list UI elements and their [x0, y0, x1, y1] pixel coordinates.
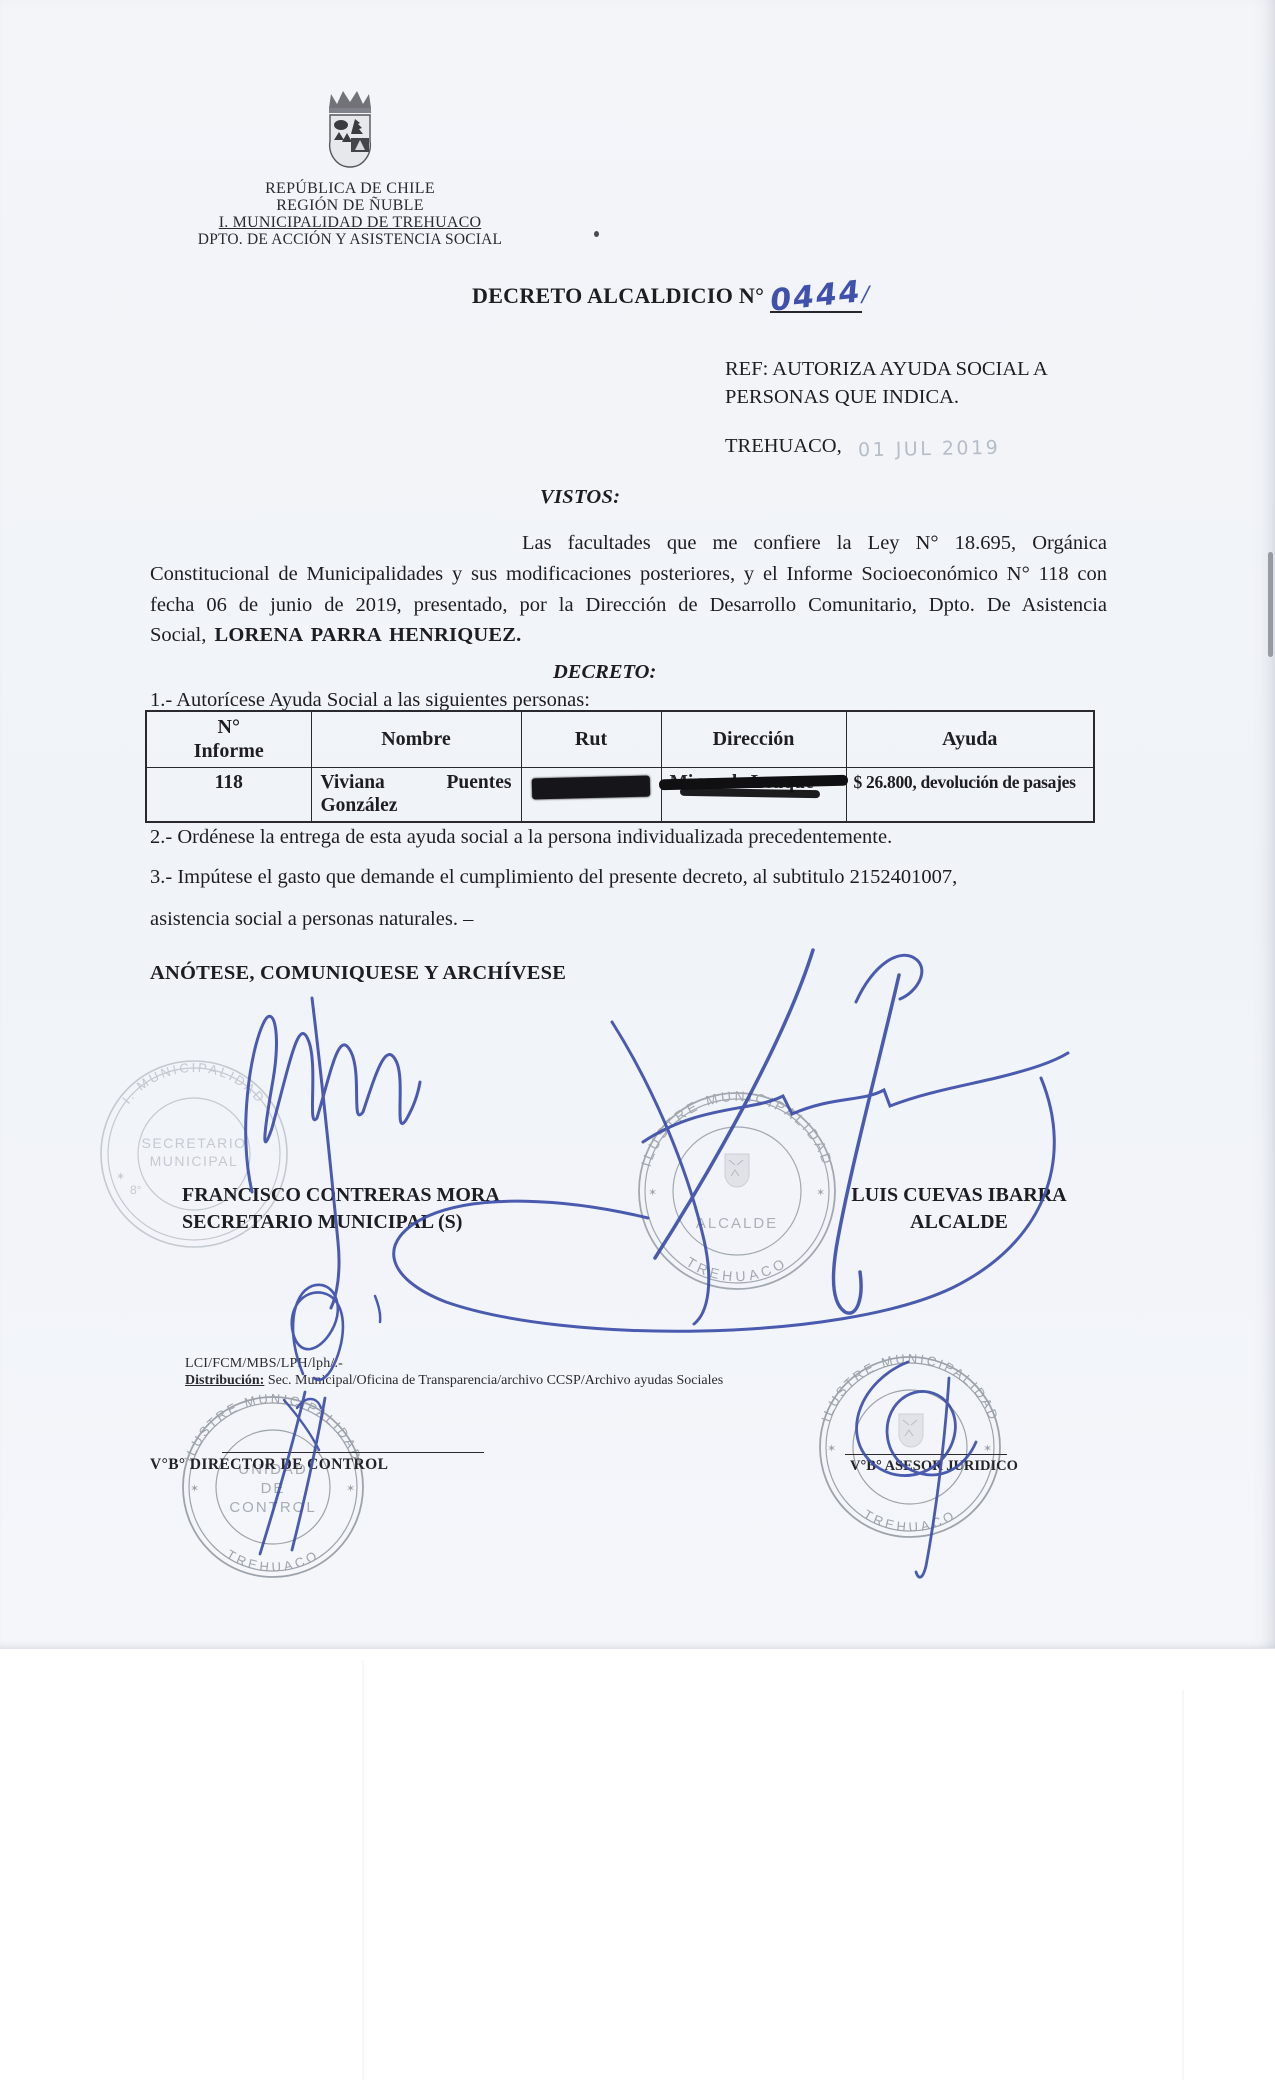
scan-edge-artifact [1268, 552, 1273, 657]
scan-streak [1182, 1690, 1184, 2080]
mayor-name: LUIS CUEVAS IBARRA [826, 1182, 1092, 1209]
decreto-item1: 1.- Autorícese Ayuda Social a las siguie… [150, 689, 590, 712]
reference-block: REF: AUTORIZA AYUDA SOCIAL A PERSONAS QU… [725, 356, 1048, 411]
letterhead: REPÚBLICA DE CHILE REGIÓN DE ÑUBLE I. MU… [150, 88, 550, 248]
letterhead-republic: REPÚBLICA DE CHILE [150, 180, 550, 197]
col-header-nombre: Nombre [311, 711, 521, 768]
scan-speck [594, 231, 599, 237]
scan-streak [362, 1660, 364, 2080]
vistos-heading: VISTOS: [540, 486, 620, 509]
control-approval-line [222, 1452, 484, 1453]
legal-approval-line [845, 1454, 1007, 1455]
cell-direccion: Minas de Leuque [661, 768, 846, 823]
mayor-title: ALCALDE [826, 1209, 1092, 1236]
mayor-signature-block: LUIS CUEVAS IBARRA ALCALDE [826, 1182, 1092, 1236]
decree-title: DECRETO ALCALDICIO N°0444/ [472, 276, 869, 313]
letterhead-department: DPTO. DE ACCIÓN Y ASISTENCIA SOCIAL [150, 231, 550, 248]
secretary-title: SECRETARIO MUNICIPAL (S) [182, 1209, 500, 1236]
cell-nombre: Viviana Puentes González [311, 768, 521, 823]
reference-line1: REF: AUTORIZA AYUDA SOCIAL A [725, 356, 1048, 384]
nombre-line2: González [321, 794, 512, 817]
decreto-item2: 2.- Ordénese la entrega de esta ayuda so… [150, 826, 892, 849]
letterhead-region: REGIÓN DE ÑUBLE [150, 197, 550, 214]
decreto-item3-line2: asistencia social a personas naturales. … [150, 908, 473, 931]
rut-redaction-bar [532, 776, 650, 800]
secretary-name: FRANCISCO CONTRERAS MORA [182, 1182, 500, 1209]
col-header-rut: Rut [521, 711, 661, 768]
legal-approval-label: V°B° ASESOR JURIDICO [850, 1458, 1018, 1475]
footer-distribution: Distribución: Sec. Municipal/Oficina de … [185, 1373, 723, 1389]
vistos-highlight-name: LORENA PARRA HENRIQUEZ. [215, 624, 522, 646]
decree-number-handwritten: 0444 [769, 274, 864, 318]
col-header-direccion: Dirección [661, 711, 846, 768]
control-approval-label: V°B° DIRECTOR DE CONTROL [150, 1456, 388, 1474]
date-stamp: 01 JUL 2019 [858, 437, 1001, 461]
dateline-place: TREHUACO, [725, 435, 842, 458]
aid-table: N°Informe Nombre Rut Dirección Ayuda 118… [145, 710, 1095, 823]
aid-table-header-row: N°Informe Nombre Rut Dirección Ayuda [146, 711, 1094, 768]
document-page: REPÚBLICA DE CHILE REGIÓN DE ÑUBLE I. MU… [0, 0, 1275, 2100]
letterhead-municipality: I. MUNICIPALIDAD DE TREHUACO [150, 214, 550, 231]
cell-informe: 118 [146, 768, 311, 823]
footer-distribution-text: Sec. Municipal/Oficina de Transparencia/… [264, 1373, 723, 1388]
decree-number-slot: 0444 [770, 276, 862, 313]
aid-table-row: 118 Viviana Puentes González Minas de Le… [146, 768, 1094, 823]
footer-initials: LCI/FCM/MBS/LPH/lph/.- [185, 1356, 343, 1372]
reference-line2: PERSONAS QUE INDICA. [725, 384, 1048, 412]
cell-rut [521, 768, 661, 823]
vistos-paragraph: Las facultades que me confiere la Ley N°… [150, 528, 1107, 651]
decree-title-label: DECRETO ALCALDICIO N° [472, 283, 764, 308]
nombre-line1: Viviana Puentes [321, 771, 512, 794]
cell-ayuda: $ 26.800, devolución de pasajes [846, 768, 1094, 823]
direccion-marker-bar2 [680, 788, 820, 798]
col-header-informe: N°Informe [146, 711, 311, 768]
footer-distribution-label: Distribución: [185, 1373, 264, 1388]
col-header-ayuda: Ayuda [846, 711, 1094, 768]
coat-of-arms-icon [317, 88, 383, 174]
decreto-item3-line1: 3.- Impútese el gasto que demande el cum… [150, 866, 957, 889]
secretary-signature-block: FRANCISCO CONTRERAS MORA SECRETARIO MUNI… [182, 1182, 500, 1236]
closing-order: ANÓTESE, COMUNIQUESE Y ARCHÍVESE [150, 962, 566, 985]
decreto-heading: DECRETO: [553, 661, 656, 684]
